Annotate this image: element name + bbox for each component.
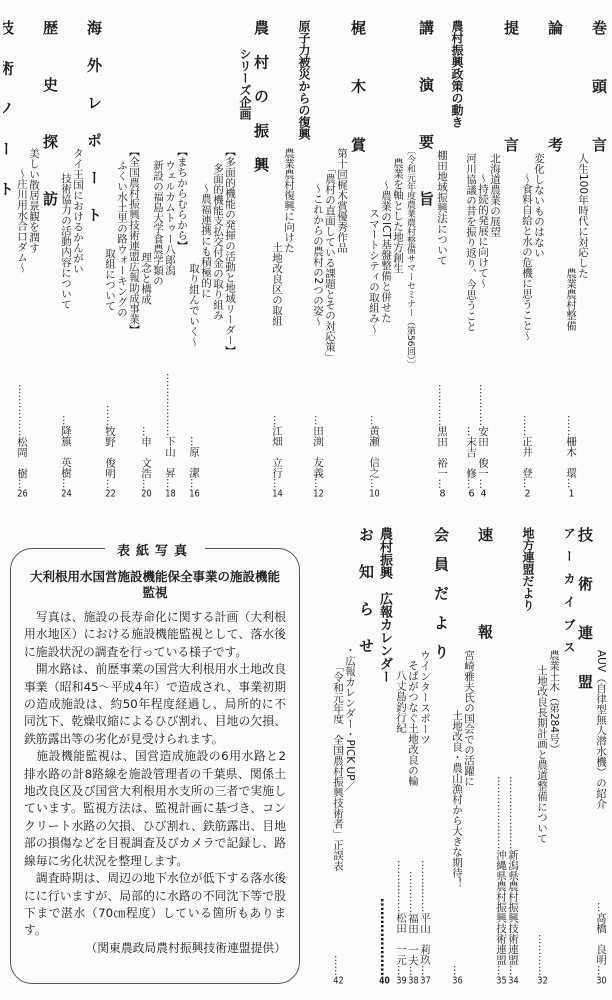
toc-entry-line: そばがつなぐ土地改良の輪…………福田 一夫…38 <box>407 527 419 985</box>
toc-page: 巻頭言 人生100年時代に対応した 農業農村整備……柵木 環…1 論考 変化しな… <box>0 0 612 1000</box>
entry-tail: …原 潔…16 <box>188 436 200 498</box>
entry-title: 技術協力の活動内容について <box>60 173 72 310</box>
toc-entry-line: 第十回梶木賞優秀作品 <box>336 20 348 498</box>
section-header: 論考 <box>547 20 563 152</box>
entry-title: 「令和元年度 全国農村振興技術者」正誤表 <box>332 661 344 871</box>
entry-page-number: 36 <box>452 976 463 986</box>
toc-entry-line: 土地改良長期計画と農道整備について…………32 <box>536 527 548 985</box>
entry-author: ……柵木 環… <box>565 415 577 489</box>
toc-entry-line: 土地改良区の取組…江畑 立行…14 <box>271 20 283 498</box>
entry-author: …………………沖縄県農村振興技術連盟… <box>495 776 507 976</box>
cover-photo-paragraph: 開水路は、前歴事業の国営大利根用水土地改良事業（昭和45〜平成4年）で造成され、… <box>24 661 286 748</box>
section-header: 速報 <box>477 527 493 639</box>
entry-tail: ……………平山 莉玖…37 <box>419 860 431 985</box>
entry-title: 変化しないものはない <box>533 153 545 258</box>
entry-title: 【全国農村振興技術連盟広報助成事業】 <box>128 146 140 335</box>
toc-entry-line: 〜これからの農村の2つの姿〜…田渕 友義…12 <box>312 20 324 498</box>
toc-entry-line: 【全国農村振興技術連盟広報助成事業】 <box>128 20 140 498</box>
entry-title: ・広報カレンダー・PICK UP／ <box>344 645 356 791</box>
entry-title: 農村振興 広報カレンダー <box>376 527 393 683</box>
entry-tail: …36 <box>451 965 463 985</box>
entry-title: 理念と構成 <box>140 252 152 305</box>
cover-photo-paragraph: 写真は、施設の長寿命化に関する計画（大利根用水地区）における施設機能監視として、… <box>24 609 286 661</box>
toc-entry-line: ウインタースポーツ……………平山 莉玖…37 <box>419 527 431 985</box>
entry-author: …… <box>332 955 344 976</box>
toc-entry-line: 北海道農業の展望 <box>489 20 501 498</box>
toc-section-kajiki: 梶木賞 第十回梶木賞優秀作品 「農村の直面している課題とその対応策」 〜これから… <box>312 20 366 498</box>
toc-entry-line: 〜持続的発展に向けて〜…………安田 俊一…4 <box>477 20 489 498</box>
entry-page-number: 37 <box>420 976 431 986</box>
section-subheader: アーカイブス <box>562 527 575 653</box>
entry-author: …田渕 友義… <box>312 415 324 489</box>
entry-title: 人生100年時代に対応した <box>577 153 589 278</box>
entry-title: 【まちからむらから】 <box>176 146 188 251</box>
entry-page-number: 1 <box>566 489 577 499</box>
entry-page-number: 30 <box>596 976 607 986</box>
entry-title: ウインタースポーツ <box>419 650 431 745</box>
entry-title: 〜持続的発展に向けて〜 <box>477 173 489 289</box>
toc-entry-line: タイ王国におけるかんがい <box>72 20 84 498</box>
toc-entry-line: スマートシティの取組み〜…黄瀬 信之…10 <box>368 20 380 498</box>
toc-entry-line: 技術協力の活動内容について…降簱 英樹…24 <box>60 20 72 498</box>
entry-author: …黄瀬 信之… <box>368 415 380 489</box>
entry-tail: …………安田 俊一…4 <box>477 384 489 499</box>
section-header: 農村振興政策の動き <box>450 20 463 498</box>
entry-title: 第十回梶木賞優秀作品 <box>336 148 348 253</box>
cover-photo-label: 表紙写真 <box>105 540 205 559</box>
toc-section-noson-shinko: 農村の振興 シリーズ企画 【多面的機能の発揮の活動と地域リーダー】 多面的機能支… <box>104 20 269 498</box>
entry-page-number: 2 <box>522 489 533 499</box>
entry-author: ………………下山 昇… <box>164 373 176 489</box>
toc-entry-line: …………………新潟県農村振興技術連盟…34 <box>507 527 519 985</box>
section-header: 技術ノート <box>3 20 14 196</box>
entry-tail: ……牧野 俊明…22 <box>104 405 116 499</box>
entry-author: ……………… <box>377 898 392 976</box>
entry-page-number: 8 <box>437 489 448 499</box>
toc-entry-line: 農業土木（第284号） <box>548 527 560 985</box>
toc-section-ronko: 論考 変化しないものはない 〜食料自給と水の危機に思うこと〜……正井 登…2 <box>521 20 563 498</box>
toc-entry-line: …………………沖縄県農村振興技術連盟…35 <box>495 527 507 985</box>
toc-entry-line: 【まちからむらから】 <box>176 20 188 498</box>
entry-title: そばがつなぐ土地改良の輪 <box>407 660 419 786</box>
entry-title: 〜農福連携にも積極的に <box>200 183 212 299</box>
entry-title: 〜農業のICT基盤整備と併せた <box>380 180 392 323</box>
toc-section-gijutsu-note: 技術ノート 工事における2つの特殊工法…………兼平 幸弘…28 <box>3 20 14 498</box>
entry-author: … <box>451 965 463 976</box>
entry-author: ……………松岡 樹… <box>16 384 28 489</box>
toc-section-oshirase: お知らせ ・広報カレンダー・PICK UP／ 「令和元年度 全国農村振興技術者」… <box>332 527 374 985</box>
entry-author: …………安田 俊一… <box>477 384 489 489</box>
section-header: 講演要旨 <box>418 20 434 206</box>
toc-entry-line: 人生100年時代に対応した <box>577 20 589 498</box>
section-header: 農村の振興 <box>253 20 269 172</box>
toc-entry-line: 土地改良・農山漁村から大きな期待！…36 <box>451 527 463 985</box>
entry-tail: …………………新潟県農村振興技術連盟…34 <box>507 776 519 985</box>
toc-entry-line: 新設の福島大学食農学類の <box>152 20 164 498</box>
entry-tail: …髙橋 良明…30 <box>595 902 607 985</box>
entry-title: 多面的機能支払交付金の取り組み <box>212 163 224 321</box>
entry-author: …末吉 修… <box>465 426 477 489</box>
entry-title: ふくい水土里の路ウォーキングの <box>116 160 128 318</box>
entry-title: 北海道農業の展望 <box>489 153 501 237</box>
entry-page-number: 24 <box>61 489 72 499</box>
toc-section-seisaku: 農村振興政策の動き 棚田地域振興法について…………黒田 裕一…8 <box>436 20 463 498</box>
cover-photo-title: 大利根用水国営施設機能保全事業の施設機能監視 <box>24 569 286 601</box>
cover-photo-content: 大利根用水国営施設機能保全事業の施設機能監視 写真は、施設の長寿命化に関する計画… <box>11 549 299 967</box>
toc-entry-line: 農業農村整備……柵木 環…1 <box>565 20 577 498</box>
entry-title: 新設の福島大学食農学類の <box>152 160 164 286</box>
section-header: 提言 <box>503 20 519 152</box>
entry-title: AUV（自律型無人潜水機）の紹介 <box>595 650 607 809</box>
entry-page-number: 26 <box>17 489 28 499</box>
toc-entry-line: 農業を軸とした地方創生 <box>392 20 404 498</box>
toc-entry-line: 八丈島釣行紀……………松田 一元…39 <box>395 527 407 985</box>
section-subheader: シリーズ企画 <box>238 20 251 498</box>
entry-author: …………黒田 裕一… <box>436 384 448 489</box>
toc-entry-line: 〜農福連携にも積極的に <box>200 20 212 498</box>
entry-title: 「農村の直面している課題とその対応策」 <box>324 163 336 363</box>
entry-tail: …降簱 英樹…24 <box>60 415 72 498</box>
toc-section-genshiryoku: 原子力被災からの復興 農業農村復興に向けた 土地改良区の取組…江畑 立行…14 <box>271 20 310 498</box>
section-header: 海外レポート <box>86 20 102 222</box>
toc-section-rekishi: 歴史探訪 美しい散居景観を潤す 〜庄川用水合口ダム〜……………松岡 樹…26 <box>16 20 58 498</box>
cover-photo-box: 表紙写真 大利根用水国営施設機能保全事業の施設機能監視 写真は、施設の長寿命化に… <box>10 548 300 984</box>
entry-title: 農業農村復興に向けた <box>283 148 295 253</box>
entry-page-number: 10 <box>369 489 380 499</box>
entry-title: 取り組んでいく〜 <box>188 263 200 347</box>
entry-title: 宮崎雅夫氏の国会での活躍に <box>463 650 475 787</box>
toc-entry-line: 棚田地域振興法について…………黒田 裕一…8 <box>436 20 448 498</box>
entry-author: ……………平山 莉玖… <box>419 860 431 976</box>
toc-entry-line: AUV（自律型無人潜水機）の紹介…髙橋 良明…30 <box>595 527 607 985</box>
entry-author: ……牧野 俊明… <box>104 405 116 489</box>
entry-author: …江畑 立行… <box>271 415 283 489</box>
entry-title: 取組について <box>104 248 116 311</box>
toc-section-calendar: 農村振興 広報カレンダー………………40 <box>376 527 393 985</box>
entry-title: タイ王国におけるかんがい <box>72 148 84 274</box>
entry-author: …原 潔… <box>188 436 200 489</box>
entry-tail: …………福田 一夫…38 <box>407 871 419 986</box>
entry-page-number: 40 <box>379 976 390 986</box>
toc-bottom: AUV（自律型無人潜水機）の紹介…髙橋 良明…30 技術連盟 アーカイブス 農業… <box>325 527 607 985</box>
section-header: 原子力被災からの復興 <box>297 20 310 498</box>
toc-entry-line: 〔令和元年度農業農村整備サマーセミナー（第56回）〕 <box>404 20 416 498</box>
entry-title: 〜食料自給と水の危機に思うこと〜 <box>521 173 533 341</box>
entry-tail: …田渕 友義…12 <box>312 415 324 498</box>
entry-tail: …申 文浩…20 <box>140 426 152 499</box>
entry-page-number: 4 <box>478 489 489 499</box>
toc-entry-line: 河川協議の昔を振り返り、今思うこと…末吉 修…6 <box>465 20 477 498</box>
cover-photo-paragraph: 施設機能監視は、国営造成施設の6用水路と2排水路の計8路線を施設管理者の千葉県、… <box>24 748 286 870</box>
entry-page-number: 18 <box>165 489 176 499</box>
entry-page-number: 12 <box>313 489 324 499</box>
section-header: 巻頭言 <box>591 20 607 152</box>
toc-entry-line: 〜食料自給と水の危機に思うこと〜……正井 登…2 <box>521 20 533 498</box>
entry-tail: …黄瀬 信之…10 <box>368 415 380 498</box>
entry-page-number: 20 <box>141 489 152 499</box>
entry-tail: ………………40 <box>376 898 393 986</box>
entry-title: スマートシティの取組み〜 <box>368 208 380 334</box>
toc-entry-line: 〜農業のICT基盤整備と併せた <box>380 20 392 498</box>
entry-tail: …………………沖縄県農村振興技術連盟…35 <box>495 776 507 985</box>
entry-title: 〜これからの農村の2つの姿〜 <box>312 183 324 326</box>
entry-title: 農業を軸とした地方創生 <box>392 158 404 274</box>
toc-section-auv: AUV（自律型無人潜水機）の紹介…髙橋 良明…30 <box>595 527 607 985</box>
entry-tail: ………………下山 昇…18 <box>164 373 176 498</box>
entry-page-number: 32 <box>537 976 548 986</box>
entry-author: …………福田 一夫… <box>407 871 419 976</box>
entry-page-number: 6 <box>466 489 477 499</box>
entry-tail: ……42 <box>332 955 344 986</box>
toc-entry-line: 変化しないものはない <box>533 20 545 498</box>
entry-author: ……正井 登… <box>521 415 533 489</box>
toc-entry-line: 「令和元年度 全国農村振興技術者」正誤表……42 <box>332 527 344 985</box>
entry-author: …申 文浩… <box>140 426 152 489</box>
entry-page-number: 39 <box>396 976 407 986</box>
toc-section-kaiin: 会員だより ウインタースポーツ……………平山 莉玖…37 そばがつなぐ土地改良の… <box>395 527 449 985</box>
toc-entry-line: 美しい散居景観を潤す <box>28 20 40 498</box>
toc-section-kantogen: 巻頭言 人生100年時代に対応した 農業農村整備……柵木 環…1 <box>565 20 607 498</box>
cover-photo-credit: （関東農政局農村振興技術連盟提供） <box>24 940 286 957</box>
toc-entry-line: 〜庄川用水合口ダム〜……………松岡 樹…26 <box>16 20 28 498</box>
cover-photo-paragraph: 調査時期は、周辺の地下水位が低下する落水後にに行いますが、局部的に水路の不同沈下… <box>24 870 286 940</box>
entry-author: …髙橋 良明… <box>595 902 607 976</box>
entry-page-number: 14 <box>272 489 283 499</box>
toc-entry-line: 多面的機能支払交付金の取り組み <box>212 20 224 498</box>
entry-title: 【多面的機能の発揮の活動と地域リーダー】 <box>224 146 236 356</box>
toc-entry-line: 宮崎雅夫氏の国会での活躍に <box>463 527 475 985</box>
section-header: 梶木賞 <box>350 20 366 152</box>
entry-title: 棚田地域振興法について <box>436 150 448 266</box>
section-header: 会員だより <box>433 527 449 659</box>
entry-tail: …………32 <box>536 934 548 986</box>
entry-tail: …………黒田 裕一…8 <box>436 384 448 499</box>
entry-page-number: 42 <box>333 976 344 986</box>
toc-section-sokuho: 速報 宮崎雅夫氏の国会での活躍に 土地改良・農山漁村から大きな期待！…36 <box>451 527 493 985</box>
entry-tail: …末吉 修…6 <box>465 426 477 499</box>
toc-section-chiho-renmei: 地方連盟だより …………………新潟県農村振興技術連盟…34 …………………沖縄県… <box>495 527 534 985</box>
toc-entry-line: ・広報カレンダー・PICK UP／ <box>344 527 356 985</box>
section-header: 地方連盟だより <box>521 527 534 985</box>
toc-entry-line: 農業農村復興に向けた <box>283 20 295 498</box>
toc-section-kaigai: 海外レポート タイ王国におけるかんがい 技術協力の活動内容について…降簱 英樹…… <box>60 20 102 498</box>
entry-page-number: 35 <box>496 976 507 986</box>
toc-entry-line: ふくい水土里の路ウォーキングの <box>116 20 128 498</box>
toc-entry-line: ウェルカムトゥー八郎潟………………下山 昇…18 <box>164 20 176 498</box>
entry-author: …降簱 英樹… <box>60 415 72 489</box>
entry-tail: ……………松岡 樹…26 <box>16 384 28 499</box>
entry-tail: ……………松田 一元…39 <box>395 860 407 985</box>
entry-title: ウェルカムトゥー八郎潟 <box>164 160 176 276</box>
entry-title: 河川協議の昔を振り返り、今思うこと <box>465 153 477 332</box>
entry-page-number: 38 <box>408 976 419 986</box>
section-header: 技術連盟 <box>577 527 593 689</box>
entry-title: 土地改良長期計画と農道整備について <box>536 665 548 844</box>
toc-entry-line: 【多面的機能の発揮の活動と地域リーダー】 <box>224 20 236 498</box>
toc-top: 巻頭言 人生100年時代に対応した 農業農村整備……柵木 環…1 論考 変化しな… <box>3 20 607 498</box>
entry-tail: …江畑 立行…14 <box>271 415 283 498</box>
toc-section-archives: 技術連盟 アーカイブス 農業土木（第284号） 土地改良長期計画と農道整備につい… <box>536 527 593 985</box>
toc-entry-line: 理念と構成…申 文浩…20 <box>140 20 152 498</box>
entry-tail: ……柵木 環…1 <box>565 415 577 498</box>
toc-entry-line: 農村振興 広報カレンダー………………40 <box>376 527 393 985</box>
toc-entry-line: 「農村の直面している課題とその対応策」 <box>324 20 336 498</box>
entry-page-number: 34 <box>508 976 519 986</box>
entry-author: …………………新潟県農村振興技術連盟… <box>507 776 519 976</box>
entry-author: ………… <box>536 934 548 976</box>
toc-entry-line: 取組について……牧野 俊明…22 <box>104 20 116 498</box>
toc-section-koen: 講演要旨 〔令和元年度農業農村整備サマーセミナー（第56回）〕 農業を軸とした地… <box>368 20 434 498</box>
entry-title: 〜庄川用水合口ダム〜 <box>16 168 28 273</box>
toc-entry-line: 取り組んでいく〜…原 潔…16 <box>188 20 200 498</box>
toc-section-teigen: 提言 北海道農業の展望 〜持続的発展に向けて〜…………安田 俊一…4 河川協議の… <box>465 20 519 498</box>
entry-title: 土地改良・農山漁村から大きな期待！ <box>451 710 463 889</box>
entry-title: 土地改良区の取組 <box>271 242 283 326</box>
entry-tail: ……正井 登…2 <box>521 415 533 498</box>
entry-title: 美しい散居景観を潤す <box>28 148 40 253</box>
section-header: お知らせ <box>358 527 374 653</box>
entry-title: 農業農村整備 <box>565 268 577 331</box>
entry-title: 八丈島釣行紀 <box>395 670 407 733</box>
section-header: 歴史探訪 <box>42 20 58 206</box>
entry-author: ……………松田 一元… <box>395 860 407 976</box>
entry-page-number: 22 <box>105 489 116 499</box>
entry-page-number: 16 <box>189 489 200 499</box>
entry-title: 農業土木（第284号） <box>548 650 560 754</box>
entry-title: 〔令和元年度農業農村整備サマーセミナー（第56回）〕 <box>404 146 416 369</box>
